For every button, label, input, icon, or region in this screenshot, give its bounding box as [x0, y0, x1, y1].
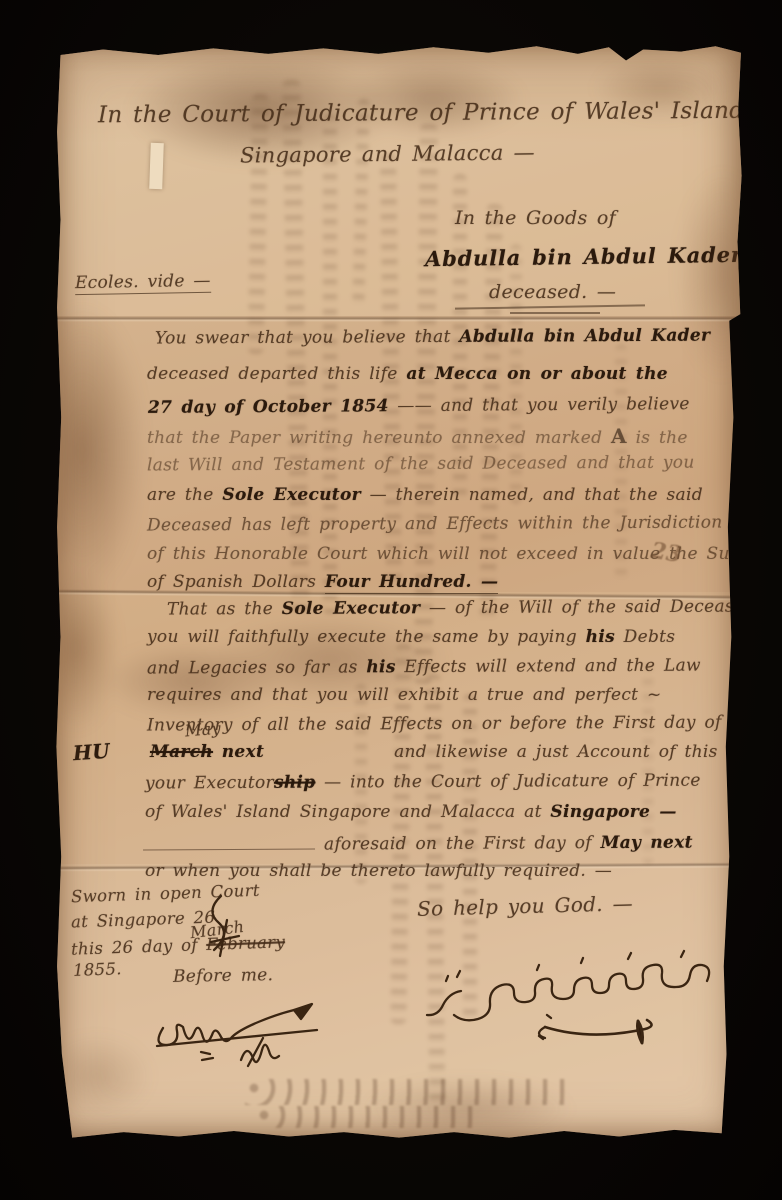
- oath-text: You swear that you believe that: [155, 327, 459, 349]
- manuscript-paper: In the Court of Judicature of Prince of …: [55, 44, 743, 1142]
- bleedthrough-column: [248, 94, 269, 354]
- pronoun-insert: his: [586, 627, 615, 647]
- blank-rule: [143, 838, 315, 850]
- oath-line-19: or when you shall be thereto lawfully re…: [145, 861, 612, 881]
- oath-line-17: of Wales' Island Singapore and Malacca a…: [145, 802, 677, 822]
- oath-text: are the: [147, 485, 222, 505]
- court-title-line2: Singapore and Malacca —: [240, 140, 535, 167]
- oath-text: —— and that you verily believe: [389, 394, 690, 416]
- oath-line-11: you will faithfully execute the same by …: [147, 627, 675, 647]
- oath-line-14: Inventory of all the said Effects on or …: [147, 712, 722, 735]
- oath-text: is the: [627, 428, 688, 448]
- jurat-year: 1855.: [73, 959, 122, 980]
- oath-text: and Legacies so far as: [147, 657, 366, 678]
- executor-title: Sole Executor: [222, 485, 360, 505]
- pronoun-insert: his: [366, 657, 395, 677]
- deceased-name: Abdulla bin Abdul Kader: [425, 242, 743, 271]
- oath-line-16: your Executorship — into the Court of Ju…: [145, 771, 701, 794]
- oath-text: of Spanish Dollars: [147, 572, 325, 592]
- estate-value: Four Hundred. —: [325, 572, 498, 594]
- struck-suffix: ship: [274, 773, 316, 793]
- bleedthrough-numeral: 23: [649, 538, 683, 568]
- return-date: May next: [600, 833, 692, 853]
- oath-text: That as the: [167, 599, 282, 620]
- interlineation-may: May: [184, 718, 221, 740]
- oath-text: you will faithfully execute the same by …: [147, 627, 586, 647]
- oath-text: — of the Will of the said Deceased: [420, 596, 755, 618]
- filing-place: Singapore —: [550, 802, 676, 822]
- oath-text: and likewise a just Account of this: [394, 742, 718, 762]
- oath-text: Debts: [615, 627, 675, 647]
- bleedthrough-dots: [255, 1106, 475, 1128]
- exhibit-mark-A: A: [611, 424, 627, 448]
- jurat-line-3: this 26 day of February: [71, 932, 286, 958]
- oath-line-1: You swear that you believe that Abdulla …: [155, 326, 710, 349]
- oath-line-4: that the Paper writing hereunto annexed …: [147, 424, 688, 448]
- oath-line-7: Deceased has left property and Effects w…: [147, 512, 723, 535]
- oath-line-3: 27 day of October 1854 —— and that you v…: [148, 394, 690, 418]
- clerk-margin-note: Ecoles. vide —: [75, 271, 211, 295]
- oath-line-12: and Legacies so far as his Effects will …: [147, 656, 701, 679]
- oath-line-18: aforesaid on the First day of May next: [143, 833, 693, 856]
- oath-line-6: are the Sole Executor — therein named, a…: [147, 485, 703, 505]
- oath-line-13: requires and that you will exhibit a tru…: [147, 685, 662, 705]
- oath-text: of Wales' Island Singapore and Malacca a…: [145, 802, 550, 822]
- oath-text: that the Paper writing hereunto annexed …: [147, 428, 611, 448]
- oath-text: Effects will extend and the Law: [396, 656, 701, 678]
- place-of-death: at Mecca on or about the: [406, 364, 668, 384]
- struck-month: March: [150, 742, 213, 762]
- deceased-name-inline: Abdulla bin Abdul Kader: [459, 326, 710, 347]
- fold-crease: [55, 316, 743, 322]
- oath-text: your Executor: [145, 773, 274, 794]
- scanned-document-photo: In the Court of Judicature of Prince of …: [0, 0, 782, 1200]
- oath-text: aforesaid on the First day of: [324, 833, 601, 854]
- oath-text: — therein named, and that the said: [361, 485, 703, 505]
- paper-repair-tab: [149, 143, 164, 189]
- ink-flourish: [183, 892, 253, 972]
- underline-rule: [510, 312, 600, 314]
- oath-line-5: last Will and Testament of the said Dece…: [147, 453, 695, 476]
- in-the-goods-of-caption: In the Goods of: [455, 207, 616, 229]
- oath-line-2: deceased departed this life at Mecca on …: [147, 364, 668, 384]
- oath-text: — into the Court of Judicature of Prince: [315, 771, 700, 793]
- bleedthrough-dots: [245, 1079, 575, 1105]
- registrar-signature: [145, 986, 355, 1076]
- oath-line-10: That as the Sole Executor — of the Will …: [167, 596, 756, 619]
- margin-initials: HU: [72, 739, 111, 766]
- underline-rule: [455, 304, 645, 309]
- executor-title: Sole Executor: [282, 598, 421, 619]
- so-help-you-god: So help you God. —: [417, 891, 633, 921]
- deceased-word: deceased. —: [489, 281, 616, 303]
- oath-line-15: March nextand likewise a just Account of…: [150, 742, 718, 762]
- date-of-death: 27 day of October 1854: [148, 396, 389, 418]
- oath-text: deceased departed this life: [147, 364, 406, 384]
- bleedthrough-column: [352, 99, 369, 309]
- court-title-line1: In the Court of Judicature of Prince of …: [98, 98, 752, 129]
- oath-line-9: of Spanish Dollars Four Hundred. —: [147, 572, 498, 592]
- executor-signature-jawi: [395, 939, 725, 1049]
- oath-text: next: [222, 742, 264, 762]
